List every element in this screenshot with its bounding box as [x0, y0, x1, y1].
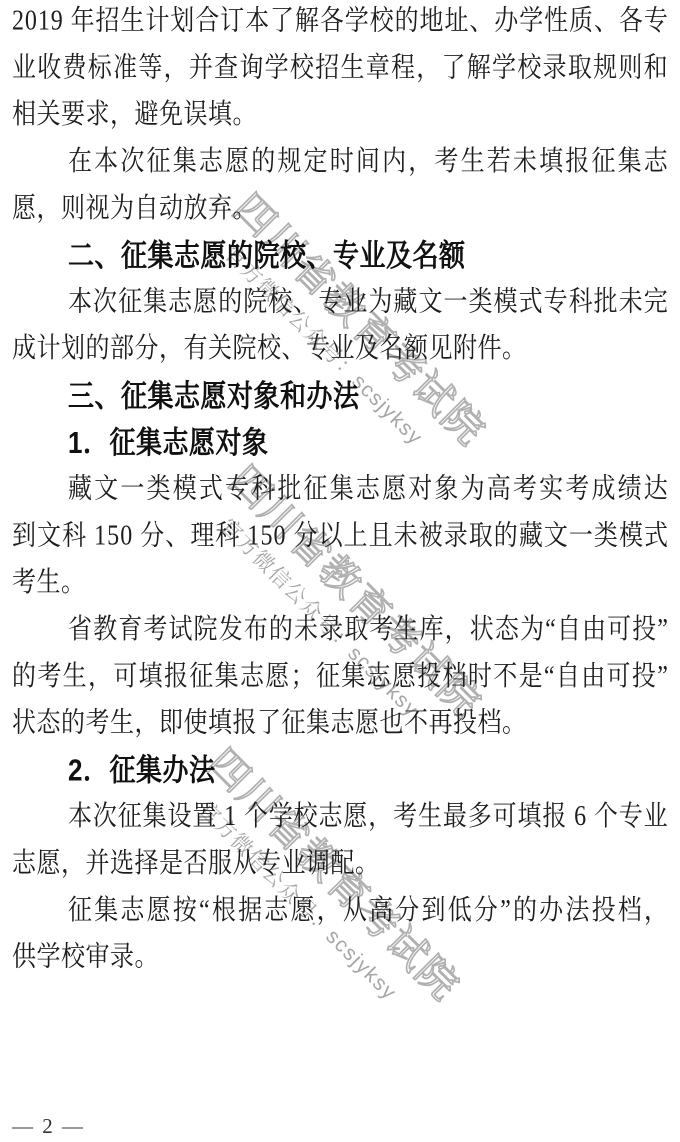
char: [64, 0, 70, 45]
char: 业: [12, 45, 36, 92]
char: 征: [118, 279, 142, 326]
char: 据: [238, 887, 262, 934]
char: 、: [594, 0, 618, 45]
char: 绩: [618, 466, 642, 513]
char: 未: [513, 138, 537, 185]
char: 考: [434, 138, 458, 185]
char: 生: [461, 138, 485, 185]
char: 完: [644, 279, 668, 326]
char: 可: [607, 606, 631, 653]
char: 生: [63, 653, 87, 700]
section-heading: 三、征集志愿对象和办法: [12, 372, 668, 419]
char: 集: [94, 887, 118, 934]
char: 批: [277, 466, 301, 513]
char: 投: [592, 887, 616, 934]
char: 发: [219, 606, 243, 653]
char: 愿: [382, 466, 406, 513]
char: 合: [195, 0, 219, 45]
char: 愿: [225, 138, 249, 185]
char: 生: [340, 45, 364, 92]
char: 取: [469, 513, 493, 560]
char: 并: [189, 45, 213, 92]
char: 式: [644, 513, 668, 560]
char: 各: [320, 0, 344, 45]
section-heading: 1．征集志愿对象: [12, 419, 668, 466]
char: ，: [317, 887, 341, 934]
text-line: 志愿，并选择是否服从专业调配。: [12, 840, 668, 887]
char: 征: [316, 653, 340, 700]
char: 校: [294, 794, 318, 841]
char: 5: [107, 513, 119, 560]
char: ”: [500, 887, 511, 934]
char: [237, 794, 243, 841]
char: 上: [344, 513, 368, 560]
char: 计: [145, 0, 169, 45]
char: ，: [644, 887, 668, 934]
char: 为: [461, 466, 485, 513]
char: 省: [68, 606, 92, 653]
char: 次: [93, 794, 117, 841]
char: 2: [12, 0, 24, 45]
char: 若: [487, 138, 511, 185]
char: 投: [417, 653, 441, 700]
char: 规: [593, 45, 617, 92]
char: 时: [468, 653, 492, 700]
text-line: 状态的考生，即使填报了征集志愿也不再投档。: [12, 700, 668, 747]
char: 报: [164, 653, 188, 700]
char: 学: [265, 45, 289, 92]
char: 专: [644, 0, 668, 45]
char: 填: [139, 653, 163, 700]
char: 自: [556, 653, 580, 700]
char: 模: [173, 466, 197, 513]
char: 1: [38, 0, 50, 45]
char: 9: [51, 0, 63, 45]
char: 式: [199, 466, 223, 513]
char: 法: [565, 887, 589, 934]
char: ，: [416, 45, 440, 92]
char: 模: [619, 513, 643, 560]
char: 专: [225, 466, 249, 513]
char: 专: [619, 794, 643, 841]
char: 查: [214, 45, 238, 92]
char: 置: [192, 794, 216, 841]
char: 藏: [68, 466, 92, 513]
char: 办: [494, 0, 518, 45]
char: 志: [356, 466, 380, 513]
char: 库: [420, 606, 444, 653]
char: 考: [513, 466, 537, 513]
char: ”: [657, 653, 668, 700]
char: 集: [143, 794, 167, 841]
char: ，: [368, 794, 392, 841]
char: 性: [544, 0, 568, 45]
char: 科: [62, 513, 86, 560]
char: 订: [220, 0, 244, 45]
char: 1: [94, 513, 106, 560]
char: 对: [408, 466, 432, 513]
text-line: 愿，则视为自动放弃。: [12, 185, 668, 232]
text-line: 2019 年招生计划合订本了解各学校的地址、办学性质、各专: [12, 0, 668, 45]
char: 是: [519, 653, 543, 700]
char: 录: [444, 513, 468, 560]
char: [287, 513, 293, 560]
section-heading: 2．征集办法: [12, 747, 668, 794]
char: 投: [632, 606, 656, 653]
char: 理: [190, 513, 214, 560]
char: 学: [269, 794, 293, 841]
char: 志: [120, 887, 144, 934]
char: 个: [594, 794, 618, 841]
char: 征: [118, 794, 142, 841]
char: 取: [344, 606, 368, 653]
text-line: 本次征集设置 1 个学校志愿，考生最多可填报 6 个专业: [12, 794, 668, 841]
char: 式: [519, 279, 543, 326]
char: 志: [264, 887, 288, 934]
text-line: 的考生，可填报征集志愿；征集志愿投档时不是“自由可投”: [12, 653, 668, 700]
char: 解: [467, 45, 491, 92]
char: 分: [140, 513, 164, 560]
char: 最: [443, 794, 467, 841]
char: 集: [341, 653, 365, 700]
char: 考: [37, 653, 61, 700]
char: 的: [218, 279, 242, 326]
char: 考: [565, 466, 589, 513]
char: 档: [443, 653, 467, 700]
char: 录: [319, 606, 343, 653]
char: 由: [581, 653, 605, 700]
char: 为: [368, 279, 392, 326]
text-line: 本次征集志愿的院校、专业为藏文一类模式专科批未完: [12, 279, 668, 326]
char: 院: [194, 606, 218, 653]
char: 科: [215, 513, 239, 560]
char: 1: [247, 513, 259, 560]
char: 文: [94, 466, 118, 513]
char: 愿: [147, 887, 171, 934]
char: 藏: [519, 513, 543, 560]
char: 志: [644, 138, 668, 185]
text-line: 成计划的部分，有关院校、专业及名额见附件。: [12, 326, 668, 373]
char: 校: [290, 45, 314, 92]
char: 低: [448, 887, 472, 934]
char: 专: [544, 279, 568, 326]
char: 等: [138, 45, 162, 92]
text-line: 省教育考试院发布的未录取考生库，状态为“自由可投”: [12, 606, 668, 653]
char: ，: [164, 45, 188, 92]
char: 以: [319, 513, 343, 560]
char: 征: [68, 887, 92, 934]
char: 征: [304, 466, 328, 513]
char: 学: [492, 45, 516, 92]
char: 个: [244, 794, 268, 841]
text-line: 征集志愿按“根据志愿，从高分到低分”的办法投档，: [12, 887, 668, 934]
char: 愿: [193, 279, 217, 326]
char: 专: [318, 279, 342, 326]
char: 费: [63, 45, 87, 92]
char: 填: [539, 138, 563, 185]
char: 达: [644, 466, 668, 513]
page-number: — 2 —: [12, 1114, 85, 1139]
char: 类: [594, 513, 618, 560]
char: 志: [319, 794, 343, 841]
char: 育: [118, 606, 142, 653]
char: 院: [243, 279, 267, 326]
char: 本: [68, 279, 92, 326]
char: 准: [113, 45, 137, 92]
char: 分: [474, 887, 498, 934]
char: 划: [170, 0, 194, 45]
char: 征: [147, 138, 171, 185]
char: 征: [189, 653, 213, 700]
char: 由: [582, 606, 606, 653]
char: 考: [369, 606, 393, 653]
char: [567, 794, 573, 841]
char: 布: [244, 606, 268, 653]
char: 且: [369, 513, 393, 560]
char: 址: [444, 0, 468, 45]
char: 和: [644, 45, 668, 92]
char: 志: [199, 138, 223, 185]
char: 到: [422, 887, 446, 934]
char: 0: [120, 513, 132, 560]
char: 解: [295, 0, 319, 45]
char: [240, 513, 246, 560]
char: 办: [539, 887, 563, 934]
char: 设: [168, 794, 192, 841]
char: 科: [569, 279, 593, 326]
char: 程: [391, 45, 415, 92]
char: 集: [618, 138, 642, 185]
char: 状: [470, 606, 494, 653]
char: 生: [418, 794, 442, 841]
char: 5: [260, 513, 272, 560]
char: 取: [568, 45, 592, 92]
char: 的: [395, 0, 419, 45]
char: 则: [618, 45, 642, 92]
char: ；: [291, 653, 315, 700]
char: 多: [468, 794, 492, 841]
char: 愿: [265, 653, 289, 700]
char: 集: [143, 279, 167, 326]
char: 为: [520, 606, 544, 653]
char: 的: [513, 887, 537, 934]
char: 愿: [290, 887, 314, 934]
text-line: 藏文一类模式专科批征集志愿对象为高考实考成绩达: [12, 466, 668, 513]
char: 文: [418, 279, 442, 326]
char: 业: [343, 279, 367, 326]
char: 从: [343, 887, 367, 934]
char: 愿: [343, 794, 367, 841]
char: ，: [445, 606, 469, 653]
char: 的: [494, 513, 518, 560]
char: 生: [394, 606, 418, 653]
char: 档: [618, 887, 642, 934]
char: 到: [12, 513, 36, 560]
section-heading: 二、征集志愿的院校、专业及名额: [12, 232, 668, 279]
char: 模: [494, 279, 518, 326]
char: 自: [557, 606, 581, 653]
char: 报: [542, 794, 566, 841]
char: 时: [330, 138, 354, 185]
char: 征: [591, 138, 615, 185]
text-line: 供学校审录。: [12, 934, 668, 981]
char: 、: [469, 0, 493, 45]
text-line: 到文科 150 分、理科 150 分以上且未被录取的藏文一类模式: [12, 513, 668, 560]
char: 学: [519, 0, 543, 45]
char: 本: [94, 138, 118, 185]
text-line: 在本次征集志愿的规定时间内，考生若未填报征集志: [12, 138, 668, 185]
char: “: [545, 606, 556, 653]
char: 根: [212, 887, 236, 934]
char: 成: [591, 466, 615, 513]
char: 年: [71, 0, 95, 45]
char: 学: [345, 0, 369, 45]
char: 次: [120, 138, 144, 185]
char: 教: [93, 606, 117, 653]
char: ”: [657, 606, 668, 653]
char: 可: [113, 653, 137, 700]
char: 标: [88, 45, 112, 92]
char: 章: [366, 45, 390, 92]
char: 本: [68, 794, 92, 841]
char: “: [199, 887, 210, 934]
char: 藏: [393, 279, 417, 326]
char: 类: [469, 279, 493, 326]
char: 志: [168, 279, 192, 326]
char: 各: [619, 0, 643, 45]
char: 分: [294, 513, 318, 560]
char: 了: [270, 0, 294, 45]
char: 校: [370, 0, 394, 45]
text-line: 业收费标准等，并查询学校招生章程，了解学校录取规则和: [12, 45, 668, 92]
char: 类: [147, 466, 171, 513]
char: 科: [251, 466, 275, 513]
char: 一: [443, 279, 467, 326]
char: 投: [632, 653, 656, 700]
char: 0: [25, 0, 37, 45]
char: 填: [518, 794, 542, 841]
char: 集: [330, 466, 354, 513]
char: 的: [12, 653, 36, 700]
char: “: [544, 653, 555, 700]
char: 在: [68, 138, 92, 185]
char: 内: [382, 138, 406, 185]
char: 试: [168, 606, 192, 653]
char: 校: [268, 279, 292, 326]
char: 考: [393, 794, 417, 841]
char: 规: [277, 138, 301, 185]
char: 收: [37, 45, 61, 92]
char: 报: [565, 138, 589, 185]
char: 愿: [392, 653, 416, 700]
char: 高: [369, 887, 393, 934]
char: 实: [539, 466, 563, 513]
char: [87, 513, 93, 560]
text-line: 考生。: [12, 560, 668, 607]
char: 的: [269, 606, 293, 653]
char: 生: [120, 0, 144, 45]
char: 未: [394, 513, 418, 560]
char: 集: [215, 653, 239, 700]
char: 未: [294, 606, 318, 653]
char: 地: [420, 0, 444, 45]
page: 四川省教育考试院官方微信公众号：scsjyksy四川省教育考试院官方微信公众号：…: [0, 0, 680, 1142]
char: 本: [245, 0, 269, 45]
char: 未: [619, 279, 643, 326]
char: 文: [37, 513, 61, 560]
char: 一: [569, 513, 593, 560]
char: 象: [434, 466, 458, 513]
char: 批: [594, 279, 618, 326]
char: 1: [224, 794, 236, 841]
char: 质: [569, 0, 593, 45]
text-line: 相关要求，避免误填。: [12, 92, 668, 139]
char: 录: [543, 45, 567, 92]
char: 考: [143, 606, 167, 653]
char: 了: [442, 45, 466, 92]
char: 、: [293, 279, 317, 326]
char: 次: [93, 279, 117, 326]
char: 态: [495, 606, 519, 653]
char: 定: [304, 138, 328, 185]
char: 6: [574, 794, 586, 841]
char: 招: [315, 45, 339, 92]
char: ，: [88, 653, 112, 700]
char: 校: [517, 45, 541, 92]
char: 分: [395, 887, 419, 934]
char: 业: [644, 794, 668, 841]
char: 招: [96, 0, 120, 45]
char: 按: [173, 887, 197, 934]
char: 询: [239, 45, 263, 92]
char: 志: [367, 653, 391, 700]
document-text: 2019 年招生计划合订本了解各学校的地址、办学性质、各专业收费标准等，并查询学…: [12, 0, 668, 981]
char: [217, 794, 223, 841]
char: 不: [493, 653, 517, 700]
char: 被: [419, 513, 443, 560]
char: 可: [607, 653, 631, 700]
char: 高: [487, 466, 511, 513]
char: 可: [493, 794, 517, 841]
char: 0: [273, 513, 285, 560]
char: 集: [173, 138, 197, 185]
char: 间: [356, 138, 380, 185]
char: 、: [165, 513, 189, 560]
char: [133, 513, 139, 560]
char: [587, 794, 593, 841]
char: 一: [120, 466, 144, 513]
char: 的: [251, 138, 275, 185]
char: 文: [544, 513, 568, 560]
char: 志: [240, 653, 264, 700]
char: ，: [408, 138, 432, 185]
